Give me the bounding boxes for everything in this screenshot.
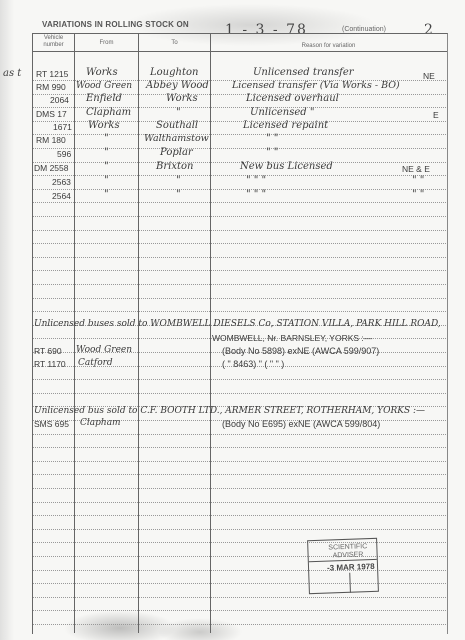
from-cell: Clapham xyxy=(86,107,131,119)
vehicle-number: RM 180 xyxy=(36,134,66,146)
vehicle-number: SMS 695 xyxy=(34,418,69,430)
detail-cell: (Body No E695) exNE (AWCA 599/804) xyxy=(222,418,380,430)
reason-cell: Unlicensed transfer xyxy=(253,67,354,79)
ruled-line xyxy=(33,148,446,149)
from-cell: Wood Green xyxy=(76,344,132,356)
ruled-line xyxy=(33,597,446,598)
ruled-line xyxy=(33,311,446,312)
sale-address: WOMBWELL, Nr. BARNSLEY, YORKS :— xyxy=(212,332,372,344)
ruled-line xyxy=(33,434,446,435)
code-cell: " " xyxy=(412,175,424,187)
column-header-to: To xyxy=(139,40,210,47)
vehicle-number: 2064 xyxy=(50,94,69,106)
document-page: VARIATIONS IN ROLLING STOCK ON 1 - 3 - 7… xyxy=(0,0,465,640)
from-cell: Works xyxy=(86,67,118,79)
to-cell: Brixton xyxy=(156,161,193,173)
ruled-line xyxy=(33,515,446,516)
margin-note: as t xyxy=(3,68,21,79)
from-cell: Works xyxy=(88,120,120,132)
stamp-text: SCIENTIFIC xyxy=(328,543,367,551)
code-cell: " " xyxy=(412,189,424,201)
vehicle-number: RM 990 xyxy=(36,81,66,93)
to-cell: Walthamstow xyxy=(144,133,209,145)
from-cell: " xyxy=(104,189,109,201)
to-cell: Southall xyxy=(156,120,198,132)
ruled-line xyxy=(33,202,446,203)
sale-heading: Unlicensed buses sold to WOMBWELL DIESEL… xyxy=(34,318,441,330)
to-cell: Loughton xyxy=(150,67,198,79)
received-stamp: SCIENTIFIC ADVISER -3 MAR 1978 xyxy=(307,538,379,594)
reason-cell: " " " xyxy=(246,189,266,201)
stamp-date: -3 MAR 1978 xyxy=(327,562,375,573)
ruled-line xyxy=(33,284,446,285)
from-cell: " xyxy=(104,175,109,187)
ruled-line xyxy=(33,189,446,190)
vehicle-number: 2563 xyxy=(52,176,71,188)
ruled-line xyxy=(33,542,446,543)
reason-cell: New bus Licensed xyxy=(240,161,333,173)
ruled-line xyxy=(33,175,446,176)
from-cell: Catford xyxy=(78,357,113,369)
reason-cell: Unlicensed " xyxy=(250,107,314,119)
ruled-line xyxy=(33,393,446,394)
to-cell: Poplar xyxy=(160,147,193,159)
column-divider xyxy=(138,33,139,633)
vehicle-number: 596 xyxy=(57,148,71,160)
from-cell: Clapham xyxy=(80,417,121,429)
ruled-line xyxy=(33,570,446,571)
vehicle-number: 1671 xyxy=(53,121,72,133)
to-cell: " xyxy=(176,189,181,201)
ruled-line xyxy=(33,488,446,489)
from-cell: Wood Green xyxy=(76,80,132,92)
reason-cell: " " xyxy=(266,133,278,145)
ruled-line xyxy=(33,461,446,462)
to-cell: Works xyxy=(166,93,198,105)
reason-cell: " " " xyxy=(246,175,266,187)
ruled-line xyxy=(33,502,446,503)
code-cell: NE & E xyxy=(402,163,430,175)
to-cell: " xyxy=(176,107,181,119)
to-cell: " xyxy=(176,175,181,187)
continuation-label: (Continuation) xyxy=(342,26,386,33)
ruled-line xyxy=(33,257,446,258)
ruled-line xyxy=(33,298,446,299)
vehicle-number: DMS 17 xyxy=(36,108,67,120)
ruled-line xyxy=(33,583,446,584)
stamp-divider xyxy=(349,573,351,593)
ruled-line xyxy=(33,243,446,244)
ruled-line xyxy=(33,474,446,475)
column-header-from: From xyxy=(75,40,138,47)
ruled-line xyxy=(33,529,446,530)
ruled-line xyxy=(33,230,446,231)
vehicle-number: RT 690 xyxy=(34,345,62,357)
ruled-line xyxy=(33,447,446,448)
ruled-line xyxy=(33,134,446,135)
detail-cell: (Body No 5898) exNE (AWCA 599/907) xyxy=(222,345,379,357)
vehicle-number: DM 2558 xyxy=(34,162,69,174)
column-header-vehicle: Vehicle number xyxy=(33,35,74,49)
ruled-line xyxy=(33,216,446,217)
from-cell: " xyxy=(104,133,109,145)
code-cell: E xyxy=(433,109,439,121)
column-divider xyxy=(210,33,211,633)
sale-heading: Unlicensed bus sold to C.F. BOOTH LTD., … xyxy=(34,405,425,417)
code-cell: NE xyxy=(423,70,435,82)
ruled-line xyxy=(33,379,446,380)
header-divider xyxy=(32,51,447,52)
ruled-line xyxy=(33,556,446,557)
ruled-line xyxy=(33,624,446,625)
form-title: VARIATIONS IN ROLLING STOCK ON xyxy=(42,20,189,29)
ruled-line xyxy=(33,270,446,271)
column-divider xyxy=(74,33,75,633)
vehicle-number: 2564 xyxy=(52,190,71,202)
vehicle-number: RT 1170 xyxy=(34,358,66,370)
from-cell: " xyxy=(104,161,109,173)
vehicle-number: RT 1215 xyxy=(36,68,68,80)
reason-cell: Licensed overhaul xyxy=(246,93,339,105)
reason-cell: " " xyxy=(266,147,278,159)
from-cell: " xyxy=(104,147,109,159)
stamp-text: ADVISER xyxy=(333,551,364,559)
ruled-line xyxy=(33,610,446,611)
reason-cell: Licensed repaint xyxy=(243,120,328,132)
detail-cell: ( " 8463) " ( " " ) xyxy=(222,358,284,370)
to-cell: Abbey Wood xyxy=(146,80,209,92)
column-header-reason: Reason for variation xyxy=(211,43,446,50)
from-cell: Enfield xyxy=(86,93,122,105)
reason-cell: Licensed transfer (Via Works - BO) xyxy=(232,80,400,92)
